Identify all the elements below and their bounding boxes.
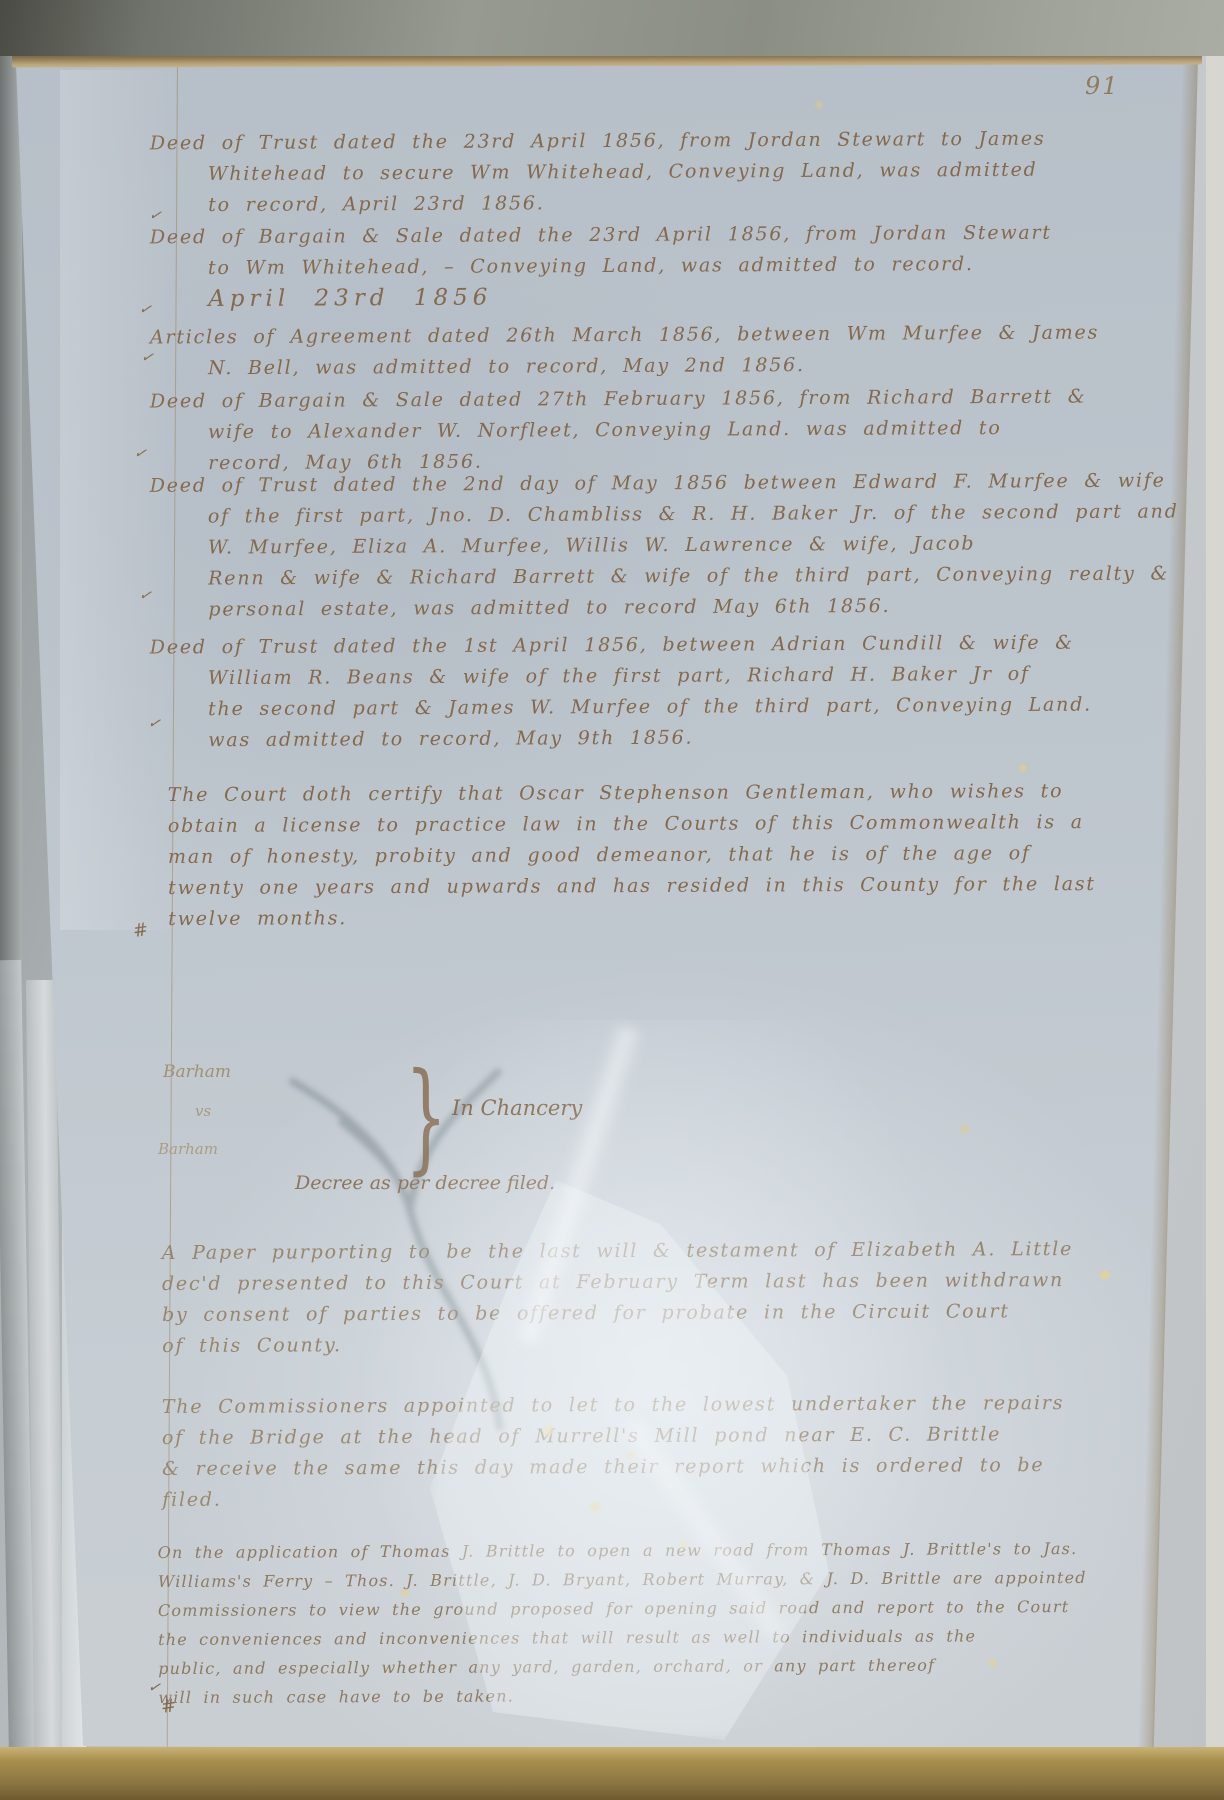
entry-line: William R. Beans & wife of the first par… <box>208 659 1092 695</box>
wooden-table-edge <box>0 1747 1224 1800</box>
paragraph-line: obtain a license to practice law in the … <box>168 807 1096 842</box>
left-page-edge-shadow <box>0 56 22 1006</box>
book-spine-shadow-band <box>0 0 1224 56</box>
entry-line: Deed of Trust dated the 23rd April 1856,… <box>150 124 1046 160</box>
entry-line: Deed of Trust dated the 1st April 1856, … <box>150 628 1092 664</box>
entry-line: N. Bell, was admitted to record, May 2nd… <box>208 349 1099 385</box>
entry-line: Renn & wife & Richard Barrett & wife of … <box>208 558 1224 594</box>
deed-entry: Articles of Agreement dated 26th March 1… <box>150 318 1099 385</box>
paragraph-line: man of honesty, probity and good demeano… <box>168 838 1096 873</box>
entry-line: personal estate, was admitted to record … <box>208 589 1224 625</box>
entry-line: Articles of Agreement dated 26th March 1… <box>150 318 1099 354</box>
case-defendant: Barham <box>158 1140 218 1158</box>
entry-line: of the first part, Jno. D. Chambliss & R… <box>208 496 1224 532</box>
court-certificate-paragraph: The Court doth certify that Oscar Stephe… <box>168 776 1096 935</box>
entry-line: was admitted to record, May 9th 1856. <box>208 721 1092 757</box>
entry-line: April 23rd 1856 <box>208 280 1052 315</box>
deed-entry: Deed of Trust dated the 2nd day of May 1… <box>150 465 1224 626</box>
case-plaintiff: Barham <box>163 1062 231 1082</box>
entry-line: wife to Alexander W. Norfleet, Conveying… <box>208 413 1087 449</box>
deed-entry: Deed of Trust dated the 1st April 1856, … <box>150 628 1093 757</box>
deed-entry: Deed of Bargain & Sale dated the 23rd Ap… <box>150 218 1052 316</box>
entry-line: to Wm Whitehead, – Conveying Land, was a… <box>208 249 1052 284</box>
margin-hash-mark: # <box>160 1695 178 1718</box>
case-versus: vs <box>195 1102 211 1120</box>
entry-line: Deed of Bargain & Sale dated 27th Februa… <box>150 382 1087 418</box>
deed-entry: Deed of Bargain & Sale dated 27th Februa… <box>150 382 1087 480</box>
paragraph-line: twenty one years and upwards and has res… <box>168 869 1096 904</box>
entry-line: Whitehead to secure Wm Whitehead, Convey… <box>208 155 1046 190</box>
plastic-sheen <box>60 70 180 930</box>
page-number: 91 <box>1085 72 1120 100</box>
entry-line: Deed of Bargain & Sale dated the 23rd Ap… <box>150 218 1052 254</box>
margin-check-mark: ✓ <box>147 1677 163 1697</box>
entry-line: the second part & James W. Murfee of the… <box>208 690 1092 726</box>
entry-line: to record, April 23rd 1856. <box>208 186 1046 221</box>
photograph-of-record-book-page: 91 Deed of Trust dated the 23rd April 18… <box>0 0 1224 1800</box>
paragraph-line: twelve months. <box>168 900 1096 935</box>
paragraph-line: The Court doth certify that Oscar Stephe… <box>168 776 1096 811</box>
deed-entry: Deed of Trust dated the 23rd April 1856,… <box>150 124 1046 222</box>
